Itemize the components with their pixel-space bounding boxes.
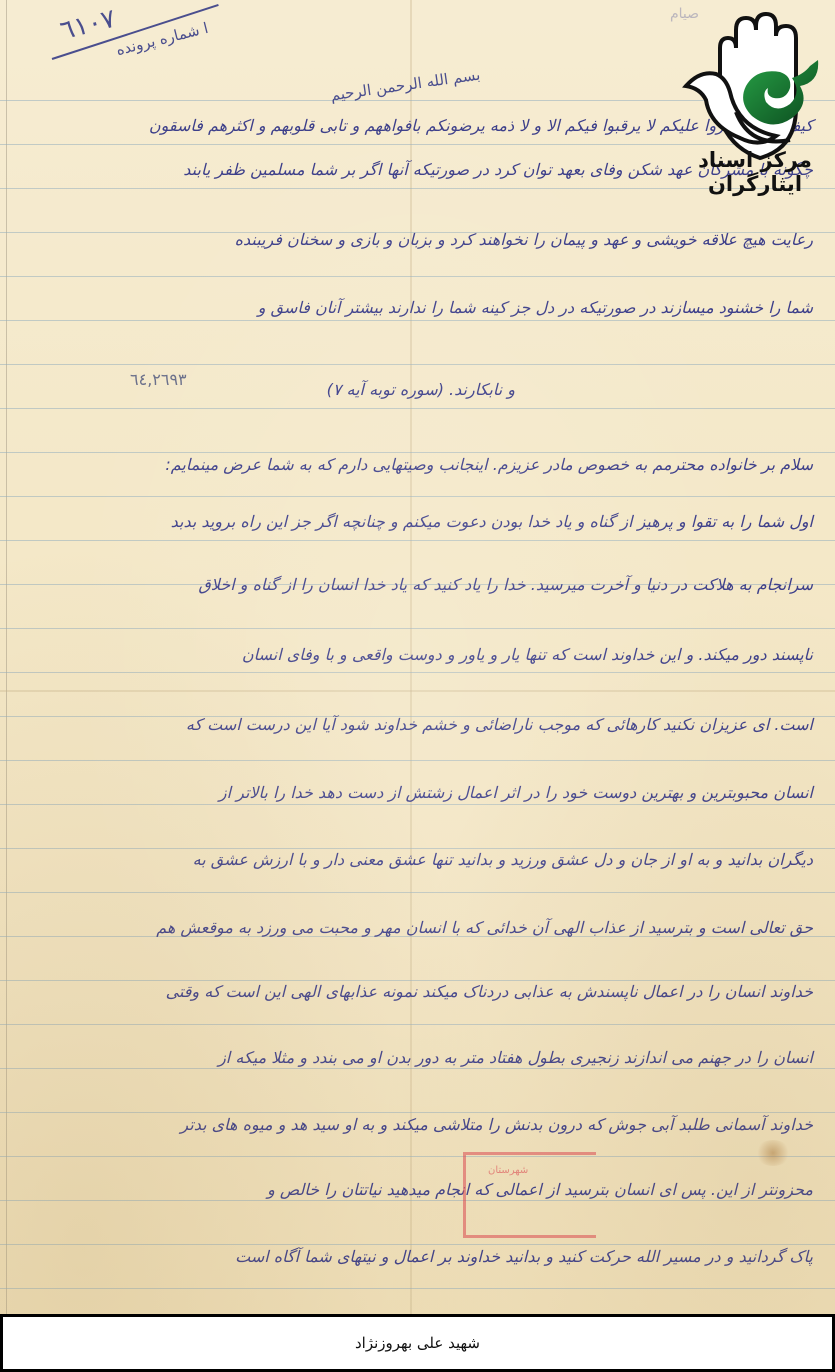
letter-line: است. ای عزیزان نکنید کارهائی که موجب نار… [22,715,813,734]
ruled-line [0,408,835,409]
red-stamp [463,1152,596,1238]
ruled-line [0,276,835,277]
letter-line: رعایت هیچ علاقه خویشی و عهد و پیمان را ن… [22,230,813,249]
ruled-line [0,320,835,321]
ruled-line [0,1024,835,1025]
ruled-line [0,1288,835,1289]
ink-stain [755,1140,791,1166]
letter-line: خداوند انسان را در اعمال ناپسندش به عذاب… [22,982,813,1001]
letter-line: محزونتر از این. پس ای انسان بترسید از اع… [22,1180,813,1199]
letter-line: شما را خشنود میسازند در صورتیکه در دل جز… [22,298,813,317]
caption-bar: شهید علی بهروزنژاد [0,1314,835,1372]
ruled-line [0,1156,835,1157]
file-number-note: ا شماره پرونده [114,19,210,59]
letter-line: دیگران بدانید و به او از جان و دل عشق ور… [22,850,813,869]
letter-scan: صیام ٦١٠٧ ا شماره پرونده بسم الله الرحمن… [0,0,835,1314]
letter-line: ناپسند دور میکند. و این خداوند است که تن… [22,645,813,664]
letter-line: حق تعالی است و بترسید از عذاب الهی آن خد… [22,918,813,937]
ruled-line [0,496,835,497]
bismillah-heading: بسم الله الرحمن الرحیم [329,66,481,105]
ruled-line [0,760,835,761]
ruled-line [0,672,835,673]
ruled-line [0,1112,835,1113]
ruled-line [0,1200,835,1201]
martyr-name-caption: شهید علی بهروزنژاد [355,1334,480,1352]
ruled-line [0,540,835,541]
stamp-text: شهرستان [488,1165,528,1176]
letter-line: انسان محبوبترین و بهترین دوست خود را در … [22,783,813,802]
letter-line: و نابکارند. (سوره توبه آیه ۷) [327,380,515,399]
letter-line: سرانجام به هلاکت در دنیا و آخرت میرسید. … [22,575,813,594]
ruled-line [0,364,835,365]
letter-line: انسان را در جهنم می اندازند زنجیری بطول … [22,1048,813,1067]
ruled-line [0,848,835,849]
margin-line [6,0,7,1314]
letter-line: اول شما را به تقوا و پرهیز از گناه و یاد… [22,512,813,531]
ruled-line [0,1244,835,1245]
letter-line: خداوند آسمانی طلبد آبی جوش که درون بدنش … [22,1115,813,1134]
ruled-line [0,452,835,453]
archive-number: ٦٤,٢٦٩٣ [130,370,187,389]
ruled-line [0,1068,835,1069]
ruled-line [0,804,835,805]
letter-line: سلام بر خانواده محترمم به خصوص مادر عزیز… [22,455,813,474]
archive-logo-text: مرکز اسناد ایثارگران [680,148,830,196]
ruled-line [0,628,835,629]
ruled-line [0,980,835,981]
ruled-line [0,892,835,893]
fold-crease-horizontal [0,690,835,692]
letter-line: پاک گردانید و در مسیر الله حرکت کنید و ب… [22,1247,813,1266]
